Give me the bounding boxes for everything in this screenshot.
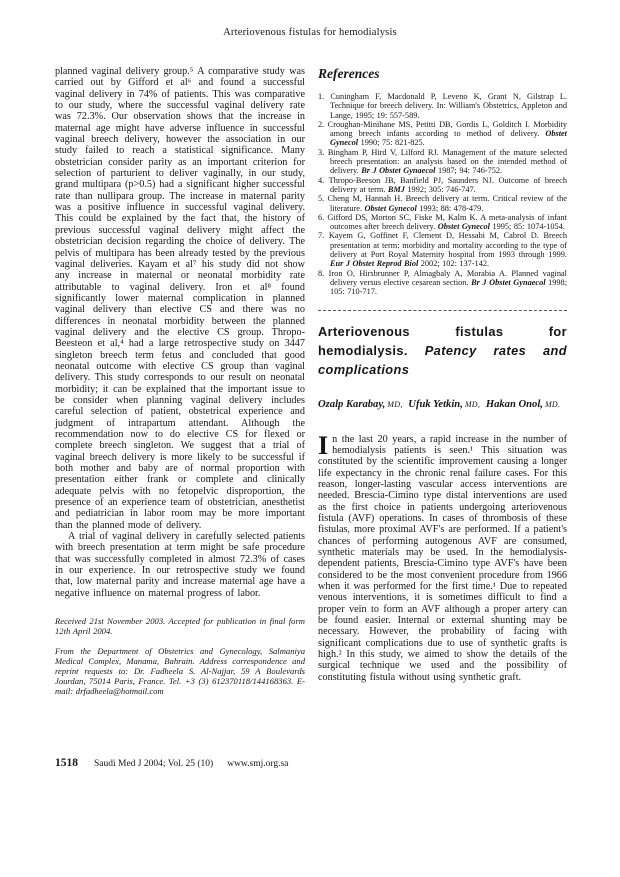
reference-number: 6. [318,213,324,222]
article-title: Arteriovenous fistulas for hemodialysis.… [318,322,567,379]
reference-text: 1992; 305: 746-747. [405,185,476,194]
author-name: Ufuk Yetkin, [408,399,463,410]
reference-number: 8. [318,269,324,278]
journal-name: Obstet Gynecol [365,204,417,213]
reference-text: 1990; 75: 821-825. [358,138,425,147]
journal-name: BMJ [388,185,405,194]
author-degree: MD, [387,400,402,409]
author-degree: MD, [465,400,480,409]
reference-text: 2002; 102: 137-142. [418,259,489,268]
right-column: References 1. Cuningham F, Macdonald P, … [318,66,567,696]
running-head: Arteriovenous fistulas for hemodialysis [0,27,620,38]
article-intro-paragraph: In the last 20 years, a rapid increase i… [318,434,567,684]
reference-text: Croughan-Minihane MS, Petitti DB, Gordis… [328,120,567,138]
reference-text: Cuningham F, Macdonald P, Leveno K, Gran… [330,92,567,120]
reference-item: 6. Gifford DS, Morton SC, Fiske M, Kalm … [318,213,567,232]
section-separator [318,310,567,311]
reference-number: 2. [318,120,324,129]
page-number: 1518 [55,757,78,769]
two-column-layout: planned vaginal delivery group.⁵ A compa… [55,66,567,696]
author: Ozalp Karabay,MD, [318,399,403,410]
references-list: 1. Cuningham F, Macdonald P, Leveno K, G… [318,92,567,297]
reference-number: 4. [318,176,324,185]
discussion-paragraph-2: A trial of vaginal delivery in carefully… [55,531,305,599]
reference-text: Kayem G, Goffinet F, Clement D, Hessabi … [329,231,567,259]
author-name: Hakan Onol, [486,399,543,410]
affiliation-note: From the Department of Obstetrics and Gy… [55,646,305,696]
left-column: planned vaginal delivery group.⁵ A compa… [55,66,305,696]
reference-text: 1987; 94: 746-752. [435,166,502,175]
author-degree: MD. [545,400,560,409]
author-line: Ozalp Karabay,MD, Ufuk Yetkin,MD, Hakan … [318,399,567,410]
reference-item: 3. Bingham P, Hird V, Lilford RJ. Manage… [318,148,567,176]
reference-item: 7. Kayem G, Goffinet F, Clement D, Hessa… [318,231,567,268]
journal-name: Br J Obstet Gynaecol [361,166,435,175]
intro-text: n the last 20 years, a rapid increase in… [318,434,567,683]
reference-text: 1995; 85: 1074-1054. [490,222,565,231]
references-heading: References [318,66,567,82]
journal-name: Br J Obstet Gynaecol [471,278,545,287]
reference-number: 3. [318,148,324,157]
received-note: Received 21st November 2003. Accepted fo… [55,616,305,636]
reference-item: 8. Iron O, Hirsbrunner P, Almagbaly A, M… [318,269,567,297]
reference-item: 2. Croughan-Minihane MS, Petitti DB, Gor… [318,120,567,148]
journal-name: Obstet Gynecol [438,222,490,231]
journal-url: www.smj.org.sa [227,759,288,769]
journal-citation: Saudi Med J 2004; Vol. 25 (10) [94,759,213,769]
author: Hakan Onol,MD. [486,399,560,410]
journal-name: Eur J Obstet Reprod Biol [330,259,418,268]
reference-item: 5. Cheng M, Hannah H. Breech delivery at… [318,194,567,213]
journal-page: Arteriovenous fistulas for hemodialysis … [0,0,620,877]
reference-item: 4. Thropo-Beeson JB, Banfield PJ, Saunde… [318,176,567,195]
discussion-paragraph-1: planned vaginal delivery group.⁵ A compa… [55,66,305,531]
author-name: Ozalp Karabay, [318,399,385,410]
reference-number: 5. [318,194,324,203]
reference-item: 1. Cuningham F, Macdonald P, Leveno K, G… [318,92,567,120]
author: Ufuk Yetkin,MD, [408,399,480,410]
reference-number: 7. [318,231,324,240]
page-footer: 1518 Saudi Med J 2004; Vol. 25 (10) www.… [55,757,288,769]
reference-text: 1993; 88: 478-479. [417,204,484,213]
reference-number: 1. [318,92,324,101]
drop-cap: I [318,434,332,456]
